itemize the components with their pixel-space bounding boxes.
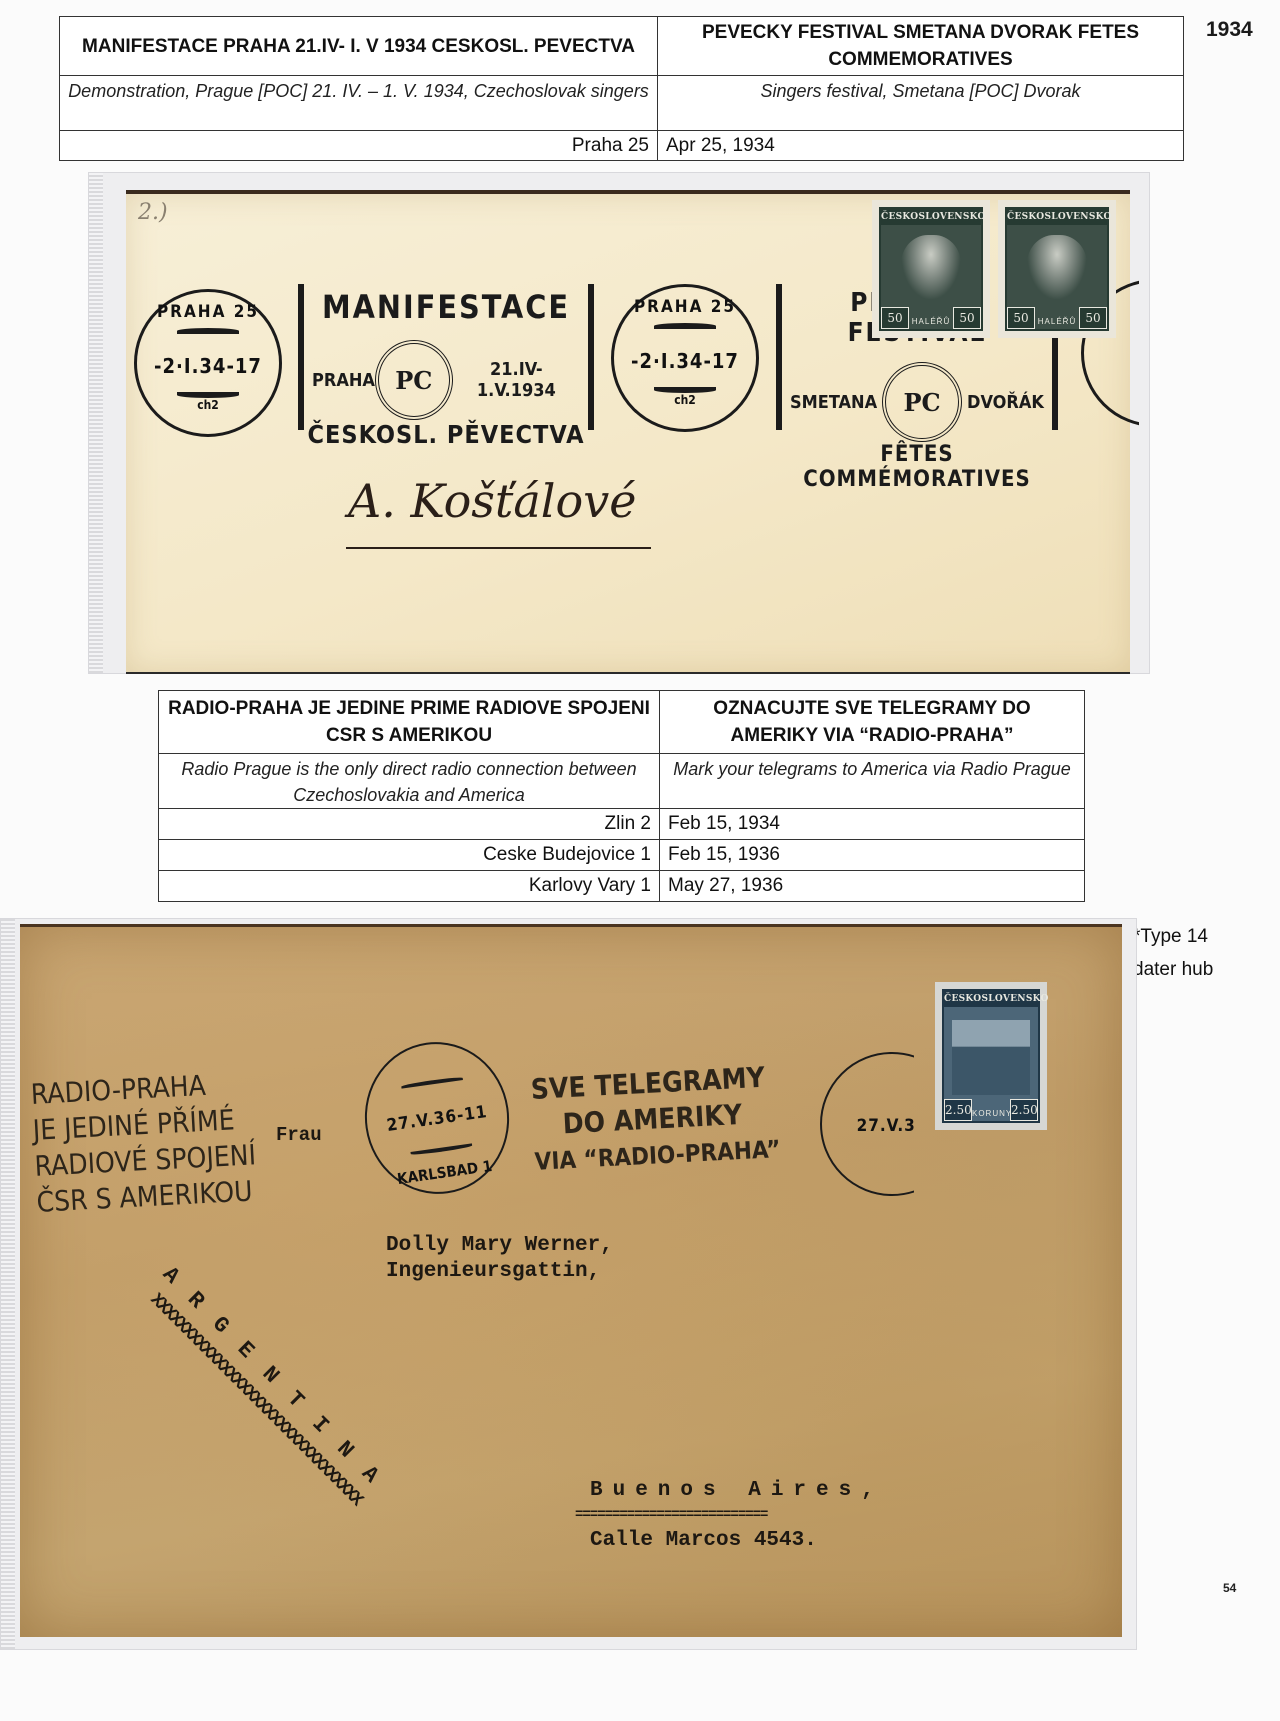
side-note-line: *Type 14: [1133, 920, 1213, 953]
cancel-info-table-1: MANIFESTACE PRAHA 21.IV- I. V 1934 CESKO…: [59, 16, 1184, 161]
postmark-bar: [654, 323, 717, 329]
stamp-currency: HALÉŘŮ: [1035, 317, 1079, 326]
side-note-line: dater hub: [1133, 953, 1213, 986]
stamp-prague-2-50k: ČESKOSLOVENSKO 2.50 KORUNY 2.50: [935, 982, 1047, 1130]
pencil-note: 2.): [138, 200, 168, 225]
postmark-bar: [401, 1076, 463, 1089]
typed-city: Buenos Aires,: [590, 1479, 884, 1502]
stamp-value: 50: [953, 307, 981, 329]
postmark-town: KARLSBAD 1: [374, 1154, 515, 1191]
sleeve-edge: [1, 919, 15, 1649]
slogan-line-2-right: DVOŘÁK: [967, 392, 1044, 413]
table-row: Zlin 2 Feb 15, 1934: [159, 809, 1085, 840]
slogan-title-right: PEVECKY FESTIVAL SMETANA DVORAK FETES CO…: [658, 17, 1184, 76]
national-museum-image: [952, 1020, 1031, 1095]
translation-right: Mark your telegrams to America via Radio…: [660, 754, 1085, 809]
handwritten-addressee: A. Košťálové: [348, 474, 636, 528]
usage-date: Feb 15, 1934: [660, 809, 1085, 840]
slogan-line-2-right: 21.IV-1.V.1934: [453, 359, 580, 401]
stamp-country: ČESKOSLOVENSKO: [1007, 209, 1107, 225]
stamp-value: 2.50: [1010, 1099, 1038, 1121]
lyre-logo-icon: PC: [882, 362, 962, 442]
usage-date: Apr 25, 1934: [658, 131, 1184, 161]
stamp-masaryk-50h: ČESKOSLOVENSKO 50 HALÉŘŮ 50: [872, 200, 990, 338]
slogan-line-3: ČESKOSL. PĚVECTVA: [304, 420, 588, 449]
addressee-underline: [346, 547, 651, 549]
page-year: 1934: [1206, 18, 1253, 42]
slogan-title-left: MANIFESTACE PRAHA 21.IV- I. V 1934 CESKO…: [60, 17, 658, 76]
post-office: Zlin 2: [159, 809, 660, 840]
postmark-bar: [177, 328, 240, 334]
slogan-line-2-left: SMETANA: [790, 392, 877, 413]
stamp-country: ČESKOSLOVENSKO: [881, 209, 981, 225]
side-note: *Type 14 dater hub: [1133, 920, 1213, 986]
postmark-date: 27.V.36-11: [366, 1099, 507, 1138]
typed-double-underline: ==========================: [575, 1507, 767, 1523]
postmark-town: PRAHA 25: [614, 297, 756, 317]
slogan-line-2-left: PRAHA: [312, 370, 375, 391]
usage-date: May 27, 1936: [660, 871, 1085, 902]
cancel-info-table-2: RADIO-PRAHA JE JEDINE PRIME RADIOVE SPOJ…: [158, 690, 1085, 902]
stamp-value: 50: [881, 307, 909, 329]
postmark-date: -2·I.34-17: [614, 349, 756, 373]
postmark-praha-25: PRAHA 25 -2·I.34-17 ch2: [611, 284, 759, 432]
portrait-image: [901, 235, 961, 300]
stamp-currency: HALÉŘŮ: [909, 317, 953, 326]
postmark-code: ch2: [137, 398, 279, 412]
stamp-currency: KORUNY: [972, 1109, 1010, 1118]
table-row: Ceske Budejovice 1 Feb 15, 1936: [159, 840, 1085, 871]
post-office: Ceske Budejovice 1: [159, 840, 660, 871]
stamp-masaryk-50h: ČESKOSLOVENSKO 50 HALÉŘŮ 50: [998, 200, 1116, 338]
table-row: Karlovy Vary 1 May 27, 1936: [159, 871, 1085, 902]
postmark-bar: [411, 1143, 473, 1156]
stamp-value: 50: [1079, 307, 1107, 329]
table-row: Praha 25 Apr 25, 1934: [60, 131, 1184, 161]
slogan-title-right: OZNACUJTE SVE TELEGRAMY DO AMERIKY VIA “…: [660, 691, 1085, 754]
postmark-town: PRAHA 25: [137, 302, 279, 322]
post-office: Praha 25: [60, 131, 658, 161]
postmark-praha-25: PRAHA 25 -2·I.34-17 ch2: [134, 289, 282, 437]
translation-left: Radio Prague is the only direct radio co…: [159, 754, 660, 809]
stamp-country: ČESKOSLOVENSKO: [944, 991, 1038, 1007]
translation-left: Demonstration, Prague [POC] 21. IV. – 1.…: [60, 76, 658, 131]
postmark-date: -2·I.34-17: [137, 354, 279, 378]
lyre-logo-icon: PC: [375, 340, 453, 420]
slogan-line-3: FÊTES COMMÉMORATIVES: [782, 442, 1052, 492]
translation-right: Singers festival, Smetana [POC] Dvorak: [658, 76, 1184, 131]
portrait-image: [1027, 235, 1087, 300]
typed-street: Calle Marcos 4543.: [590, 1529, 817, 1552]
postmark-karlsbad-1: 27.V.36-11 KARLSBAD 1: [355, 1033, 519, 1204]
post-office: Karlovy Vary 1: [159, 871, 660, 902]
stamp-value: 2.50: [944, 1099, 972, 1121]
typed-addressee: Dolly Mary Werner,: [386, 1234, 613, 1257]
postmark-code: ch2: [614, 393, 756, 407]
slogan-radio-praha: RADIO-PRAHA JE JEDINÉ PŘÍMÉ RADIOVÉ SPOJ…: [30, 1065, 259, 1220]
slogan-line-1: MANIFESTACE: [304, 288, 588, 326]
page-number: 54: [1223, 1581, 1236, 1595]
sleeve-edge: [89, 173, 103, 673]
stamp-value: 50: [1007, 307, 1035, 329]
slogan-title-left: RADIO-PRAHA JE JEDINE PRIME RADIOVE SPOJ…: [159, 691, 660, 754]
usage-date: Feb 15, 1936: [660, 840, 1085, 871]
envelope-1: 2.) PRAHA 25 -2·I.34-17 ch2 MANIFESTACE …: [126, 190, 1130, 674]
typed-title: Ingenieursgattin,: [386, 1260, 600, 1283]
typed-salutation: Frau: [276, 1124, 322, 1146]
slogan-cancel-manifestace: MANIFESTACE PRAHA PC 21.IV-1.V.1934 ČESK…: [298, 284, 594, 430]
slogan-telegramy: SVE TELEGRAMY DO AMERIKY VIA “RADIO-PRAH…: [530, 1059, 781, 1180]
